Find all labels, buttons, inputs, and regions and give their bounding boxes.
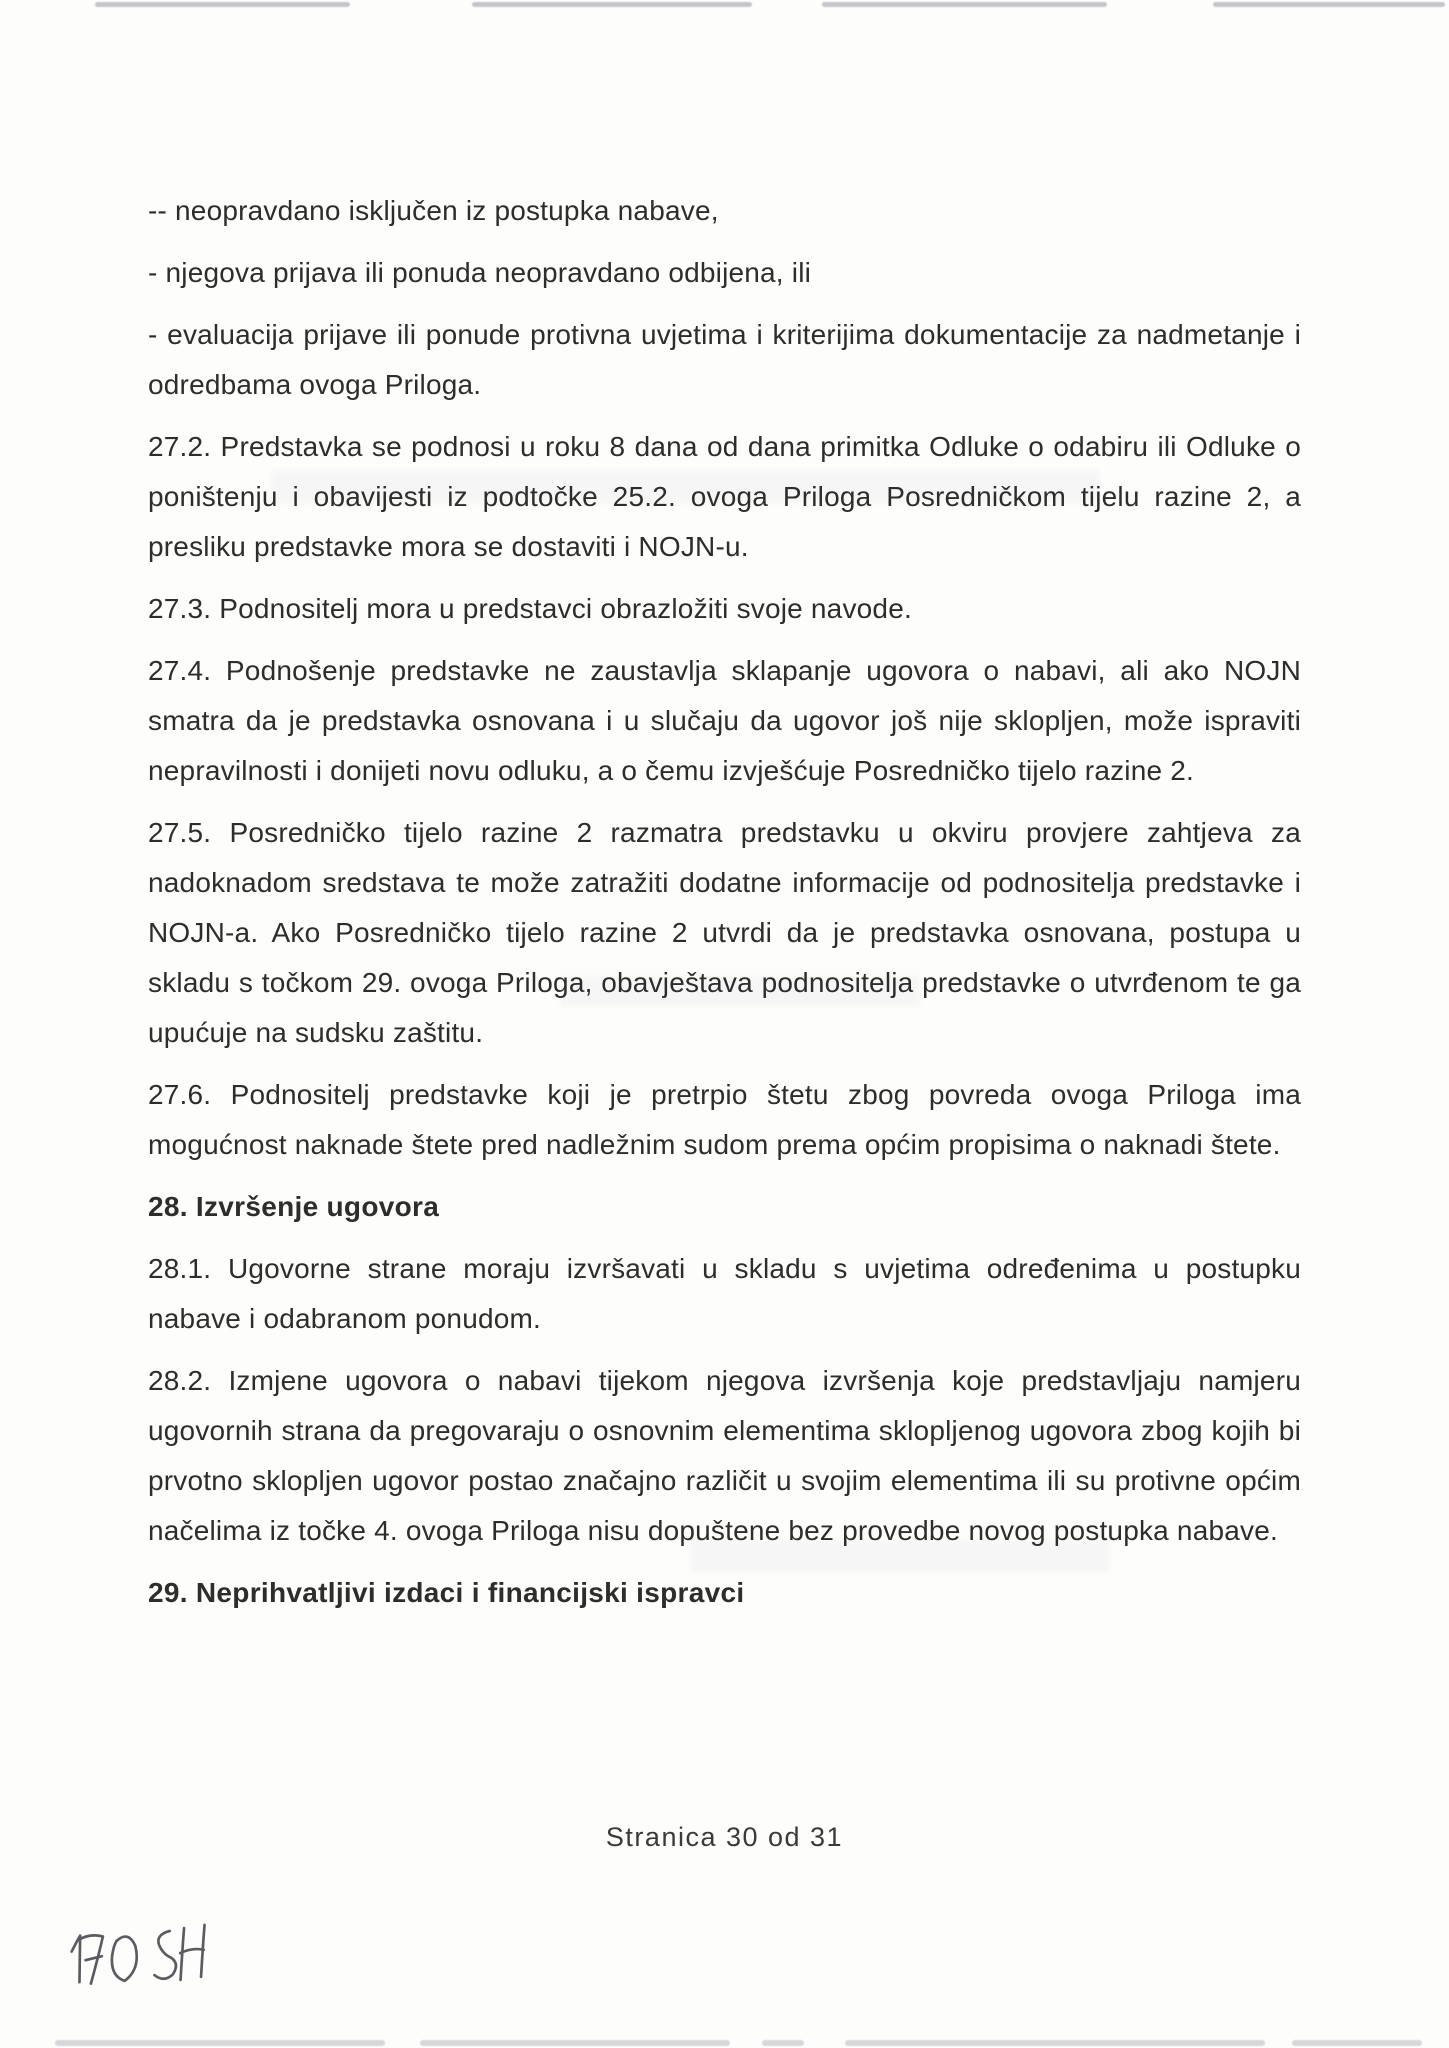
bullet-item: - evaluacija prijave ili ponude protivna… xyxy=(148,310,1301,410)
document-body: -- neopravdano isključen iz postupka nab… xyxy=(148,186,1301,1630)
paragraph-27-3: 27.3. Podnositelj mora u predstavci obra… xyxy=(148,584,1301,634)
handwritten-initials xyxy=(56,1918,225,2012)
paragraph-28-2: 28.2. Izmjene ugovora o nabavi tijekom n… xyxy=(148,1356,1301,1556)
scan-artifact-bottom xyxy=(1292,2040,1422,2046)
scan-artifact-top xyxy=(95,2,350,7)
paragraph-27-4: 27.4. Podnošenje predstavke ne zaustavlj… xyxy=(148,646,1301,796)
page-number: Stranica 30 od 31 xyxy=(0,1822,1449,1853)
paragraph-27-5: 27.5. Posredničko tijelo razine 2 razmat… xyxy=(148,808,1301,1058)
scan-artifact-bottom xyxy=(762,2040,804,2046)
bullet-item: - njegova prijava ili ponuda neopravdano… xyxy=(148,248,1301,298)
paragraph-27-2: 27.2. Predstavka se podnosi u roku 8 dan… xyxy=(148,422,1301,572)
paragraph-28-1: 28.1. Ugovorne strane moraju izvršavati … xyxy=(148,1244,1301,1344)
scan-artifact-bottom xyxy=(845,2040,1265,2046)
section-heading-28: 28. Izvršenje ugovora xyxy=(148,1182,1301,1232)
bullet-item: -- neopravdano isključen iz postupka nab… xyxy=(148,186,1301,236)
paragraph-27-6: 27.6. Podnositelj predstavke koji je pre… xyxy=(148,1070,1301,1170)
scan-artifact-top xyxy=(1213,2,1445,7)
scan-artifact-top xyxy=(822,2,1107,7)
section-heading-29: 29. Neprihvatljivi izdaci i financijski … xyxy=(148,1568,1301,1618)
scan-artifact-bottom xyxy=(420,2040,730,2046)
scan-artifact-top xyxy=(472,2,752,7)
scan-artifact-bottom xyxy=(55,2040,385,2046)
scanned-document-page: -- neopravdano isključen iz postupka nab… xyxy=(0,0,1449,2048)
